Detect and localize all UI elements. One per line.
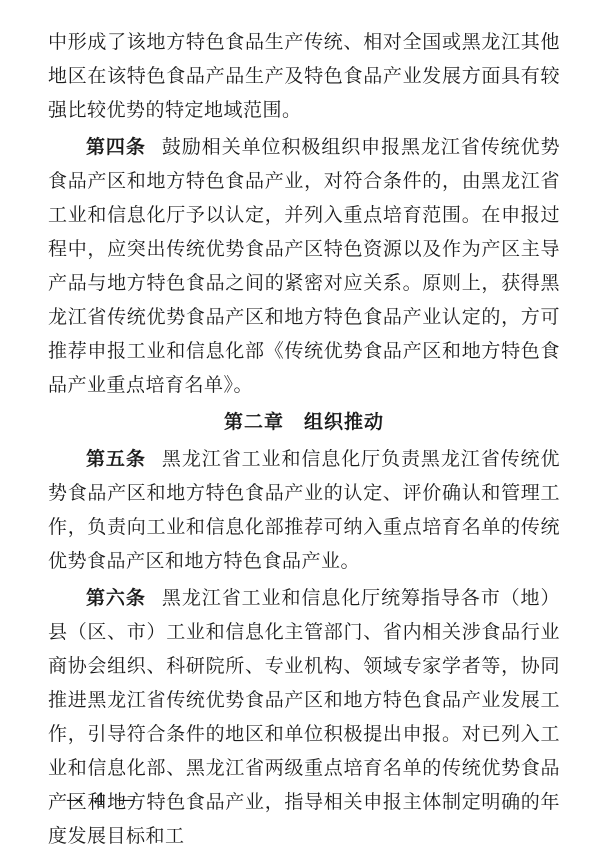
document-page: 中形成了该地方特色食品生产传统、相对全国或黑龙江其他地区在该特色食品产品生产及特… bbox=[0, 0, 606, 845]
chapter-2-heading: 第二章 组织推动 bbox=[48, 405, 560, 439]
paragraph-article-5: 第五条黑龙江省工业和信息化厅负责黑龙江省传统优势食品产区和地方特色食品产业的认定… bbox=[48, 442, 560, 578]
document-body: 中形成了该地方特色食品生产传统、相对全国或黑龙江其他地区在该特色食品产品生产及特… bbox=[48, 25, 560, 845]
paragraph-article-4: 第四条鼓励相关单位积极组织申报黑龙江省传统优势食品产区和地方特色食品产业，对符合… bbox=[48, 130, 560, 402]
article-5-label: 第五条 bbox=[86, 448, 146, 470]
article-4-label: 第四条 bbox=[86, 136, 146, 158]
page-number: — 4 — bbox=[66, 791, 137, 809]
article-4-text: 鼓励相关单位积极组织申报黑龙江省传统优势食品产区和地方特色食品产业，对符合条件的… bbox=[48, 136, 560, 396]
article-6-label: 第六条 bbox=[86, 587, 146, 609]
paragraph-continuation: 中形成了该地方特色食品生产传统、相对全国或黑龙江其他地区在该特色食品产品生产及特… bbox=[48, 25, 560, 127]
